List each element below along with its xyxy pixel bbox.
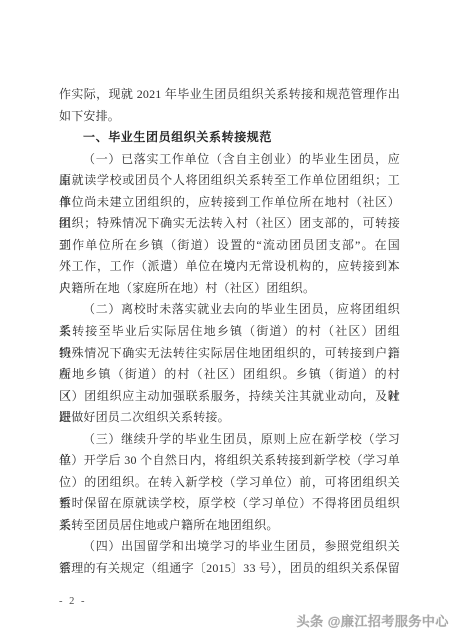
toutiao-watermark: 头条 @廉江招考服务中心: [297, 611, 449, 630]
document-line: （二）离校时未落实就业去向的毕业生团员，应将团组织关: [59, 299, 400, 321]
document-line: 组织；特殊情况下确实无法转入村（社区）团支部的，可转接到: [59, 213, 400, 235]
document-line: 位）的团组织。在转入新学校（学习单位）前，可将团组织关系: [59, 472, 400, 494]
document-line: 区）团组织应主动加强联系服务，持续关注其就业动向，及时跟: [59, 386, 400, 408]
document-line: 在地乡镇（街道）的村（社区）团组织。乡镇（街道）的村（社: [59, 364, 400, 386]
document-line: 暂时保留在原就读学校，原学校（学习单位）不得将团员组织关: [59, 493, 400, 515]
document-line: 原就读学校或团员个人将团组织关系转至工作单位团组织；工作: [59, 170, 400, 192]
document-line: 单位尚未建立团组织的，应转接到工作单位所在地村（社区）团: [59, 192, 400, 214]
document-line: 位）开学后 30 个自然日内，将组织关系转接到新学校（学习单: [59, 450, 400, 472]
document-line: 进做好团员二次组织关系转接。: [59, 407, 400, 429]
section-heading: 一、毕业生团员组织关系转接规范: [59, 127, 400, 149]
document-line: 作实际，现就 2021 年毕业生团员组织关系转接和规范管理作出: [59, 84, 400, 106]
document-body: 作实际，现就 2021 年毕业生团员组织关系转接和规范管理作出 如下安排。 一、…: [59, 84, 400, 580]
document-line: （四）出国留学和出境学习的毕业生团员，参照党组织关系: [59, 536, 400, 558]
document-line: 特殊情况下确实无法转往实际居住地团组织的，可转接到户籍所: [59, 343, 400, 365]
document-line: 管理的有关规定（组通字〔2015〕33 号），团员的组织关系保留: [59, 558, 400, 580]
document-line: （一）已落实工作单位（含自主创业）的毕业生团员，应由: [59, 149, 400, 171]
document-line: 如下安排。: [59, 106, 400, 128]
document-line: 系转接至毕业后实际居住地乡镇（街道）的村（社区）团组织，: [59, 321, 400, 343]
document-line: 系转至团员居住地或户籍所在地团组织。: [59, 515, 400, 537]
page-number: - 2 -: [59, 596, 87, 607]
document-line: 户籍所在地（家庭所在地）村（社区）团组织。: [59, 278, 400, 300]
document-page: 作实际，现就 2021 年毕业生团员组织关系转接和规范管理作出 如下安排。 一、…: [0, 0, 453, 641]
document-line: 外工作，工作（派遣）单位在境内无常设机构的，应转接到本人: [59, 256, 400, 278]
document-line: 工作单位所在乡镇（街道）设置的“流动团员团支部”。在国（境）: [59, 235, 400, 257]
document-line: （三）继续升学的毕业生团员，原则上应在新学校（学习单: [59, 429, 400, 451]
